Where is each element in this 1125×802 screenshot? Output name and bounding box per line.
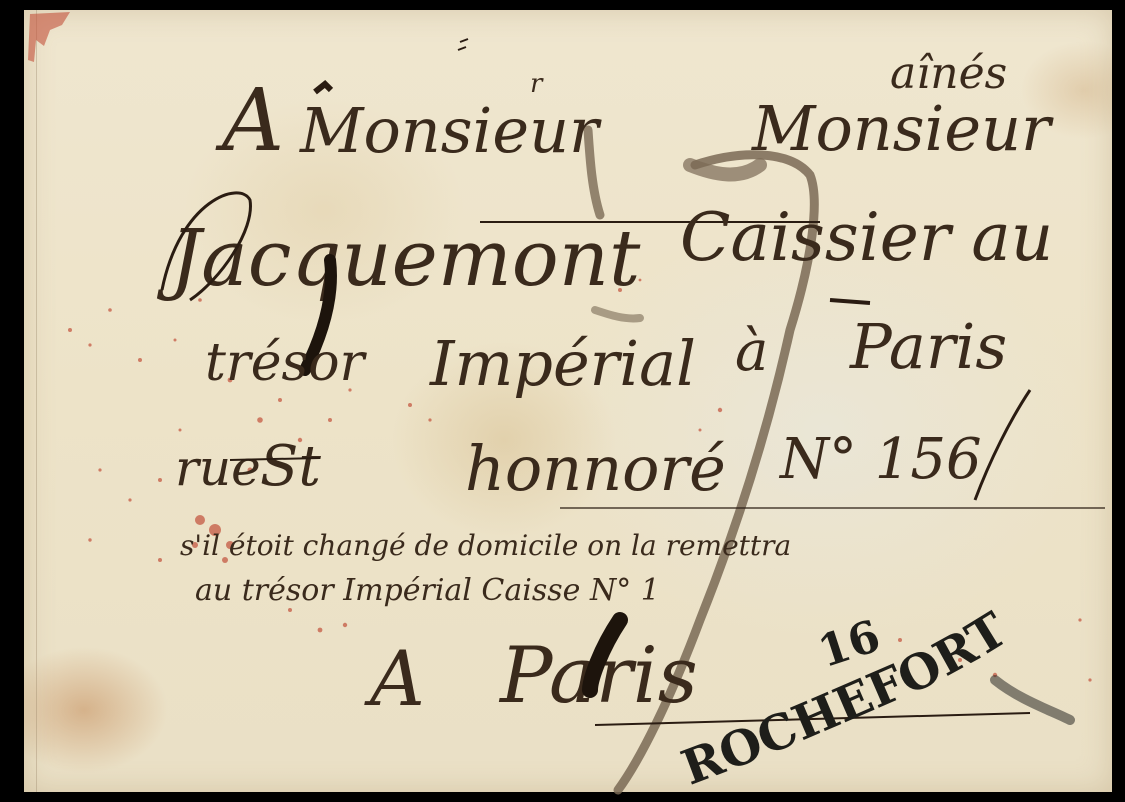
address-line-3-a: à <box>735 319 768 384</box>
address-line-4-number: N° 156 <box>778 427 982 492</box>
address-line-3-tresor: trésor <box>205 333 368 393</box>
address-line-7-a: A <box>364 634 425 723</box>
correction-aine: aînés <box>890 48 1007 99</box>
address-line-3-imperial: Impérial <box>429 327 696 400</box>
address-line-3-paris: Paris <box>849 310 1007 383</box>
address-line-1-glyph-a: A <box>215 71 284 171</box>
address-line-4-rue: rue <box>175 439 261 497</box>
address-line-1-monsieur: Monsieur <box>299 94 602 167</box>
ink-layer: A Monsieur r Monsieur aînés Jacquemont C… <box>0 0 1125 802</box>
address-line-2-caissier: Caissier au <box>680 199 1053 276</box>
address-line-5: s'il étoit changé de domicile on la reme… <box>180 529 791 562</box>
postmark: ROCHEFORT 16 <box>674 602 1070 797</box>
address-line-1-monsieur-2: Monsieur <box>751 92 1054 165</box>
address-line-6: au trésor Impérial Caisse N° 1 <box>195 573 660 608</box>
address-line-4-honnore: honnoré <box>465 432 726 505</box>
address-line-4-st: St <box>260 434 321 499</box>
superscript-r: r <box>530 69 544 99</box>
